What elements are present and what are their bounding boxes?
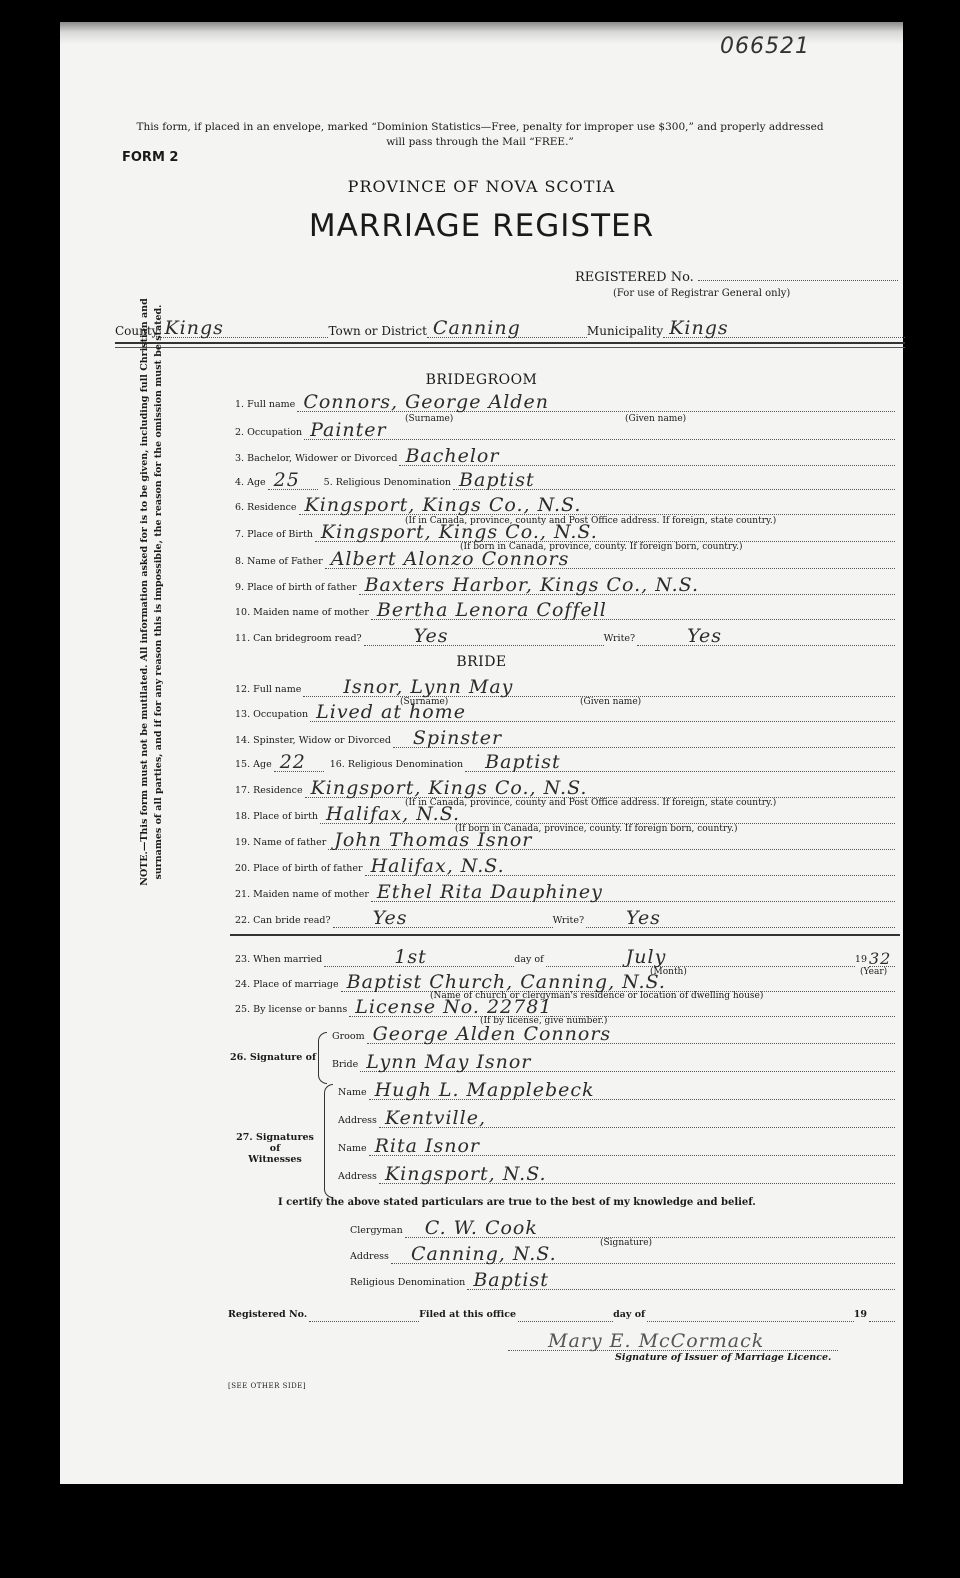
registered-no-label: Registered No. [228,1309,307,1322]
groom-write-label: Write? [604,633,635,646]
groom-age-label: 4. Age [235,477,266,490]
witness-1-address-field[interactable]: Kentville, [379,1107,895,1128]
bride-residence-label: 17. Residence [235,785,303,798]
bride-residence-field[interactable]: Kingsport, Kings Co., N.S. [305,777,895,798]
place-of-marriage-value: Baptist Church, Canning, N.S. [347,971,666,993]
issuer-signature-field[interactable]: Mary E. McCormack [508,1324,838,1351]
groom-mother-value: Bertha Lenora Coffell [377,599,607,621]
groom-full-name-value: Connors, George Alden [303,391,549,413]
marriage-year-value: 32 [869,949,891,968]
groom-occupation-field[interactable]: Painter [304,419,895,440]
bride-father-field[interactable]: John Thomas Isnor [328,829,895,850]
serial-number: 066521 [720,34,810,59]
bride-occupation-value: Lived at home [316,701,466,723]
clergyman-label: Clergyman [350,1225,403,1238]
witnesses-label: 27. Signatures of Witnesses [230,1132,320,1165]
bride-status-row: 14. Spinster, Widow or Divorced Spinster [235,728,895,748]
witness-2-name-value: Rita Isnor [375,1135,480,1157]
witness-2-address-field[interactable]: Kingsport, N.S. [379,1163,895,1184]
clergyman-religion-field[interactable]: Baptist [467,1269,895,1290]
see-other-side: [SEE OTHER SIDE] [228,1382,306,1390]
when-married-row: 23. When married 1st day of July 19 32 [235,947,895,967]
groom-residence-value: Kingsport, Kings Co., N.S. [305,494,582,516]
brace [318,1032,327,1084]
county-value: Kings [164,317,223,339]
filing-row: Registered No. Filed at this office day … [228,1302,895,1322]
clergyman-address-row: Address Canning, N.S. [350,1244,895,1264]
groom-read-field[interactable]: Yes [364,625,604,646]
groom-full-name-field[interactable]: Connors, George Alden [297,391,895,412]
bride-mother-field[interactable]: Ethel Rita Dauphiney [371,881,895,902]
town-value: Canning [433,317,521,339]
footer-registered-no-field[interactable] [309,1301,419,1322]
license-label: 25. By license or banns [235,1004,347,1017]
groom-residence-row: 6. Residence Kingsport, Kings Co., N.S. [235,495,895,515]
witnesses-label-line1: 27. Signatures of [230,1132,320,1154]
groom-father-birthplace-row: 9. Place of birth of father Baxters Harb… [235,575,895,595]
bride-religion-label: 16. Religious Denomination [330,759,463,772]
bridegroom-heading: BRIDEGROOM [60,372,903,388]
bride-status-value: Spinster [413,727,502,749]
place-of-marriage-label: 24. Place of marriage [235,979,339,992]
bride-signature-row: Bride Lynn May Isnor [332,1052,895,1072]
groom-age-value: 25 [274,469,300,491]
groom-father-value: Albert Alonzo Connors [331,548,570,570]
bride-religion-field[interactable]: Baptist [465,751,895,772]
footer-day-of-label: day of [613,1309,645,1322]
clergyman-signature-value: C. W. Cook [425,1217,538,1239]
groom-write-field[interactable]: Yes [637,625,895,646]
bride-signature-label: Bride [332,1059,358,1072]
bride-read-field[interactable]: Yes [333,907,553,928]
location-row: County Kings Town or District Canning Mu… [115,312,905,338]
groom-birthplace-row: 7. Place of Birth Kingsport, Kings Co., … [235,522,895,542]
filed-month-field[interactable] [647,1301,854,1322]
witness-2-address-value: Kingsport, N.S. [385,1163,547,1185]
bride-father-birthplace-field[interactable]: Halifax, N.S. [365,855,895,876]
clergyman-address-value: Canning, N.S. [411,1243,557,1265]
bride-literacy-row: 22. Can bride read? Yes Write? Yes [235,908,895,928]
groom-write-value: Yes [687,625,722,647]
year-prefix: 19 [855,954,867,967]
license-field[interactable]: License No. 22781 [349,996,895,1017]
province-heading: PROVINCE OF NOVA SCOTIA [60,177,903,196]
footer-year-prefix: 19 [854,1309,867,1322]
bride-birthplace-row: 18. Place of birth Halifax, N.S. [235,804,895,824]
groom-status-label: 3. Bachelor, Widower or Divorced [235,453,397,466]
bride-read-label: 22. Can bride read? [235,915,331,928]
witness-name-label: Name [338,1143,367,1156]
groom-residence-label: 6. Residence [235,502,297,515]
groom-father-birthplace-value: Baxters Harbor, Kings Co., N.S. [365,574,699,596]
filed-label: Filed at this office [419,1309,516,1322]
bride-write-label: Write? [553,915,584,928]
groom-father-birthplace-label: 9. Place of birth of father [235,582,357,595]
marriage-register-form: 066521 This form, if placed in an envelo… [60,22,903,1484]
bride-birthplace-field[interactable]: Halifax, N.S. [320,803,895,824]
divider [230,934,900,936]
bride-status-field[interactable]: Spinster [393,727,895,748]
bride-mother-value: Ethel Rita Dauphiney [377,881,603,903]
groom-age-religion-row: 4. Age 25 5. Religious Denomination Bapt… [235,470,895,490]
groom-literacy-row: 11. Can bridegroom read? Yes Write? Yes [235,626,895,646]
county-field[interactable]: Kings [158,313,328,338]
groom-signature-label: Groom [332,1031,365,1044]
bride-full-name-row: 12. Full name Isnor, Lynn May [235,677,895,697]
bride-signature-value: Lynn May Isnor [366,1051,531,1073]
certification-statement: I certify the above stated particulars a… [278,1197,756,1208]
witness-1-name-value: Hugh L. Mapplebeck [375,1079,595,1101]
groom-full-name-row: 1. Full name Connors, George Alden [235,392,895,412]
bride-heading: BRIDE [60,654,903,670]
groom-birthplace-label: 7. Place of Birth [235,529,313,542]
groom-occupation-label: 2. Occupation [235,427,302,440]
bride-age-field[interactable]: 22 [274,751,324,772]
form-number: FORM 2 [122,150,178,165]
brace [324,1084,333,1198]
groom-read-value: Yes [414,625,449,647]
bride-birthplace-value: Halifax, N.S. [326,803,460,825]
marriage-day-field[interactable]: 1st [324,946,514,967]
postal-notice: This form, if placed in an envelope, mar… [130,120,830,150]
municipality-label: Municipality [587,324,663,338]
page-title: MARRIAGE REGISTER [60,208,903,244]
groom-mother-row: 10. Maiden name of mother Bertha Lenora … [235,600,895,620]
groom-residence-field[interactable]: Kingsport, Kings Co., N.S. [299,494,895,515]
bride-occupation-label: 13. Occupation [235,709,308,722]
bride-age-label: 15. Age [235,759,272,772]
witness-2-name-field[interactable]: Rita Isnor [369,1135,895,1156]
bride-residence-row: 17. Residence Kingsport, Kings Co., N.S. [235,778,895,798]
bride-read-value: Yes [373,907,408,929]
clergyman-address-label: Address [350,1251,389,1264]
witness-1-address-value: Kentville, [385,1107,486,1129]
clergyman-religion-row: Religious Denomination Baptist [350,1270,895,1290]
clergyman-religion-label: Religious Denomination [350,1277,465,1290]
place-of-marriage-field[interactable]: Baptist Church, Canning, N.S. [341,971,895,992]
witness-2-name-row: Name Rita Isnor [338,1136,895,1156]
groom-age-field[interactable]: 25 [268,469,318,490]
bride-mother-label: 21. Maiden name of mother [235,889,369,902]
groom-read-label: 11. Can bridegroom read? [235,633,362,646]
witness-address-label: Address [338,1115,377,1128]
clergyman-address-field[interactable]: Canning, N.S. [391,1243,895,1264]
bride-religion-value: Baptist [485,751,561,773]
bride-father-birthplace-label: 20. Place of birth of father [235,863,363,876]
bride-occupation-field[interactable]: Lived at home [310,701,895,722]
bride-father-value: John Thomas Isnor [334,829,532,851]
groom-father-row: 8. Name of Father Albert Alonzo Connors [235,549,895,569]
bride-age-value: 22 [280,751,306,773]
groom-occupation-value: Painter [310,419,387,441]
groom-status-value: Bachelor [405,445,499,467]
groom-father-field[interactable]: Albert Alonzo Connors [325,548,895,569]
bride-father-birthplace-row: 20. Place of birth of father Halifax, N.… [235,856,895,876]
groom-religion-field[interactable]: Baptist [453,469,895,490]
witness-1-name-row: Name Hugh L. Mapplebeck [338,1080,895,1100]
marriage-year-field[interactable]: 32 [869,946,895,967]
groom-full-name-label: 1. Full name [235,399,295,412]
issuer-signature-label: Signature of Issuer of Marriage Licence. [615,1352,831,1363]
bride-father-label: 19. Name of father [235,837,326,850]
marriage-month-field[interactable]: July [546,946,855,967]
witness-1-address-row: Address Kentville, [338,1108,895,1128]
witness-address-label: Address [338,1171,377,1184]
clergyman-row: Clergyman C. W. Cook [350,1218,895,1238]
registered-no-label: REGISTERED No. [575,270,694,285]
issuer-signature-value: Mary E. McCormack [548,1330,764,1352]
bride-full-name-value: Isnor, Lynn May [343,676,513,698]
bride-age-religion-row: 15. Age 22 16. Religious Denomination Ba… [235,752,895,772]
groom-signature-value: George Alden Connors [373,1023,612,1045]
bride-signature-field[interactable]: Lynn May Isnor [360,1051,895,1072]
bride-full-name-label: 12. Full name [235,684,301,697]
groom-birthplace-value: Kingsport, Kings Co., N.S. [321,521,598,543]
municipality-field[interactable]: Kings [663,313,905,338]
witness-name-label: Name [338,1087,367,1100]
when-married-label: 23. When married [235,954,322,967]
bride-full-name-field[interactable]: Isnor, Lynn May [303,676,895,697]
groom-religion-value: Baptist [459,469,535,491]
groom-father-label: 8. Name of Father [235,556,323,569]
license-value: License No. 22781 [355,996,552,1018]
bride-occupation-row: 13. Occupation Lived at home [235,702,895,722]
town-field[interactable]: Canning [427,313,587,338]
groom-birthplace-field[interactable]: Kingsport, Kings Co., N.S. [315,521,895,542]
marriage-month-value: July [626,946,667,968]
groom-signature-row: Groom George Alden Connors [332,1024,895,1044]
witness-1-name-field[interactable]: Hugh L. Mapplebeck [369,1079,895,1100]
registered-no-input[interactable] [698,270,898,281]
side-note: NOTE.—This form must not be mutilated. A… [138,272,166,912]
groom-status-field[interactable]: Bachelor [399,445,895,466]
filed-year-field[interactable] [869,1301,895,1322]
bride-status-label: 14. Spinster, Widow or Divorced [235,735,391,748]
groom-father-birthplace-field[interactable]: Baxters Harbor, Kings Co., N.S. [359,574,895,595]
groom-signature-field[interactable]: George Alden Connors [367,1023,895,1044]
town-label: Town or District [328,324,426,338]
license-row: 25. By license or banns License No. 2278… [235,997,895,1017]
municipality-value: Kings [669,317,728,339]
clergyman-signature-field[interactable]: C. W. Cook [405,1217,895,1238]
bride-write-field[interactable]: Yes [586,907,895,928]
registered-no-note: (For use of Registrar General only) [613,288,790,299]
witnesses-label-line2: Witnesses [230,1154,320,1165]
bride-father-birthplace-value: Halifax, N.S. [371,855,505,877]
place-of-marriage-row: 24. Place of marriage Baptist Church, Ca… [235,972,895,992]
groom-occupation-row: 2. Occupation Painter [235,420,895,440]
bride-birthplace-label: 18. Place of birth [235,811,318,824]
bride-write-value: Yes [626,907,661,929]
groom-mother-field[interactable]: Bertha Lenora Coffell [371,599,895,620]
registered-no-field[interactable]: REGISTERED No. [575,270,898,285]
groom-mother-label: 10. Maiden name of mother [235,607,369,620]
divider [115,347,905,348]
day-of-label: day of [514,954,543,967]
marriage-day-value: 1st [394,946,426,968]
bride-mother-row: 21. Maiden name of mother Ethel Rita Dau… [235,882,895,902]
bride-father-row: 19. Name of father John Thomas Isnor [235,830,895,850]
divider [115,342,905,344]
groom-religion-label: 5. Religious Denomination [324,477,451,490]
groom-status-row: 3. Bachelor, Widower or Divorced Bachelo… [235,446,895,466]
signature-of-label: 26. Signature of [230,1052,316,1063]
witness-2-address-row: Address Kingsport, N.S. [338,1164,895,1184]
filed-day-field[interactable] [518,1301,613,1322]
clergyman-religion-value: Baptist [473,1269,549,1291]
bride-residence-value: Kingsport, Kings Co., N.S. [311,777,588,799]
